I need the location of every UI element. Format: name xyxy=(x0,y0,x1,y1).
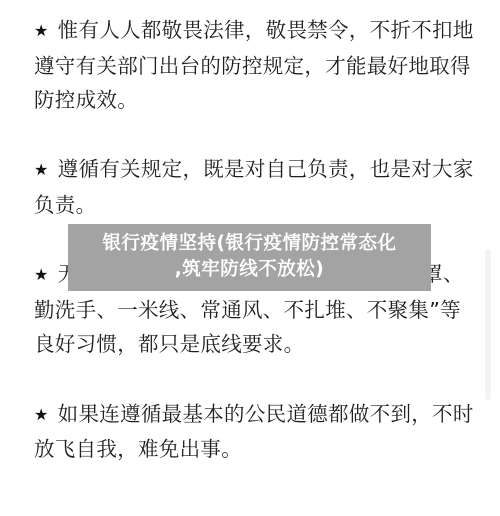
star-bullet-icon: ★ xyxy=(34,258,49,293)
paragraph-text: 如果连遵循最基本的公民道德都做不到，不时放飞自我，难免出事。 xyxy=(34,402,474,462)
scrollbar[interactable] xyxy=(485,250,491,400)
paragraph-text: 惟有人人都敬畏法律，敬畏禁令，不折不扣地遵守有关部门出台的防控规定，才能最好地取… xyxy=(34,18,474,112)
paragraph-4: ★如果连遵循最基本的公民道德都做不到，不时放飞自我，难免出事。 xyxy=(34,397,474,467)
star-bullet-icon: ★ xyxy=(34,398,49,433)
title-overlay-banner: 银行疫情坚持(银行疫情防控常态化 ,筑牢防线不放松) xyxy=(68,224,431,291)
paragraph-2: ★遵循有关规定，既是对自己负责，也是对大家负责。 xyxy=(34,152,474,222)
paragraph-1: ★惟有人人都敬畏法律，敬畏禁令，不折不扣地遵守有关部门出台的防控规定，才能最好地… xyxy=(34,13,474,118)
star-bullet-icon: ★ xyxy=(34,153,49,188)
overlay-title-line-2: ,筑牢防线不放松) xyxy=(68,257,431,283)
star-bullet-icon: ★ xyxy=(34,14,49,49)
overlay-title-line-1: 银行疫情坚持(银行疫情防控常态化 xyxy=(68,231,431,257)
paragraph-text: 遵循有关规定，既是对自己负责，也是对大家负责。 xyxy=(34,157,474,217)
